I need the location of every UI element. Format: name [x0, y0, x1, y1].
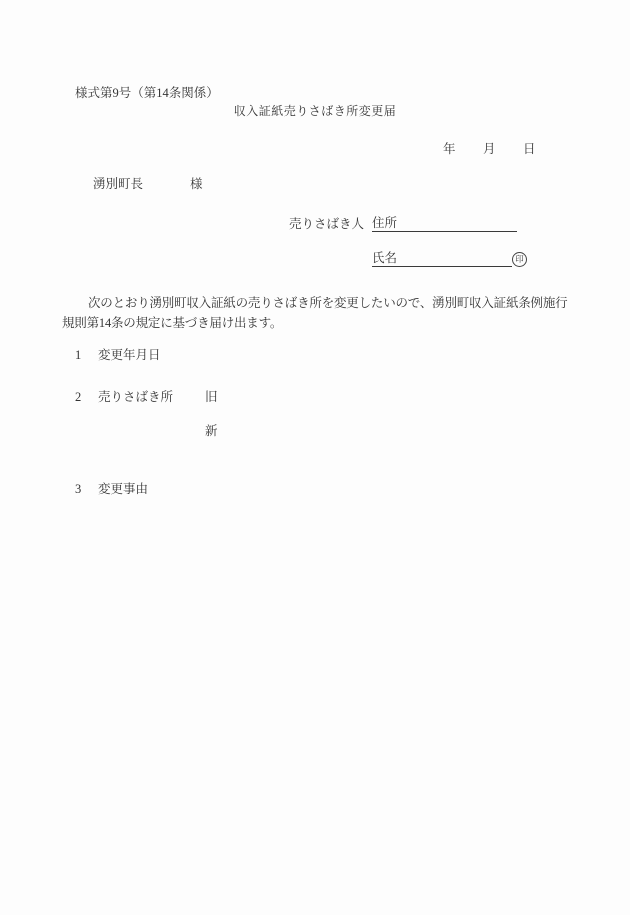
form-number: 様式第9号（第14条関係） — [75, 86, 219, 101]
item-2-new-label: 新 — [205, 424, 218, 439]
addressee-name: 湧別町長 — [93, 177, 143, 192]
item-2-number: 2 — [75, 390, 81, 405]
body-paragraph-line-1: 次のとおり湧別町収入証紙の売りさばき所を変更したいので、湧別町収入証紙条例施行 — [88, 296, 567, 311]
document-page: 様式第9号（第14条関係） 収入証紙売りさばき所変更届 年 月 日 湧別町長 様… — [0, 0, 630, 915]
item-2-old-label: 旧 — [205, 390, 218, 405]
item-1-number: 1 — [75, 348, 81, 363]
date-day-label: 日 — [523, 142, 536, 157]
seal-icon: 印 — [512, 252, 527, 267]
address-blank-field: 住所 — [372, 216, 517, 232]
item-3-number: 3 — [75, 482, 81, 497]
addressee-line: 湧別町長 様 — [0, 177, 630, 192]
body-paragraph-line-2: 規則第14条の規定に基づき届け出ます。 — [62, 316, 282, 331]
date-year-label: 年 — [443, 142, 456, 157]
date-line: 年 月 日 — [0, 142, 630, 157]
item-3-label: 変更事由 — [98, 482, 148, 497]
item-2-label: 売りさばき所 — [98, 390, 173, 405]
address-label: 住所 — [372, 216, 397, 230]
document-title: 収入証紙売りさばき所変更届 — [62, 104, 568, 119]
item-sales-office: 2 売りさばき所 旧 — [0, 390, 630, 405]
item-change-reason: 3 変更事由 — [0, 482, 630, 497]
addressee-honorific: 様 — [190, 177, 203, 192]
seller-label: 売りさばき人 — [289, 217, 364, 232]
item-change-date: 1 変更年月日 — [0, 348, 630, 363]
item-1-label: 変更年月日 — [98, 348, 161, 363]
seal-character: 印 — [515, 253, 524, 266]
date-month-label: 月 — [483, 142, 496, 157]
name-blank-field: 氏名 — [372, 251, 512, 267]
name-label: 氏名 — [372, 251, 397, 265]
